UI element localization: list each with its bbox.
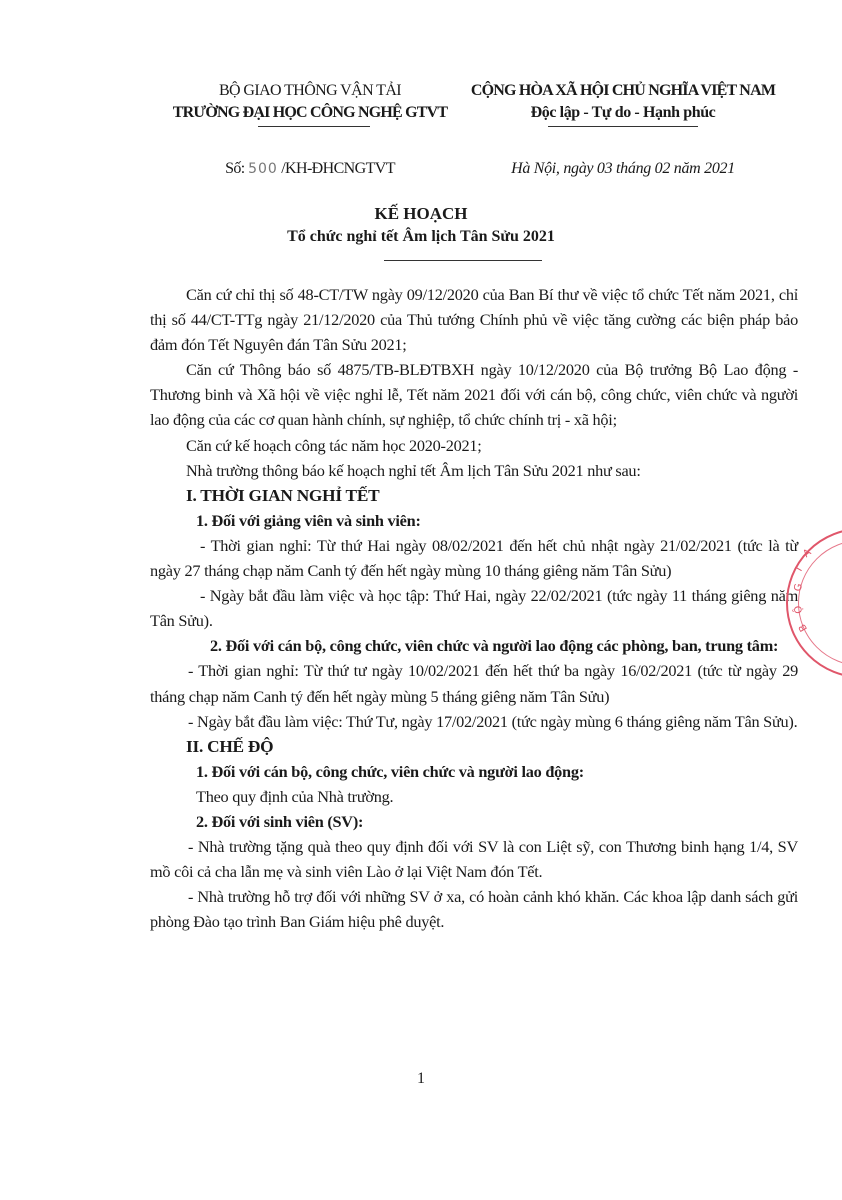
motto-underline — [548, 126, 698, 127]
basis-paragraph-1: Căn cứ chỉ thị số 48-CT/TW ngày 09/12/20… — [150, 282, 798, 357]
document-number-suffix: /KH-ĐHCNGTVT — [278, 160, 395, 177]
issuer-header: BỘ GIAO THÔNG VẬN TẢI TRƯỜNG ĐẠI HỌC CÔN… — [165, 80, 455, 127]
document-number-value: 500 — [248, 161, 278, 177]
document-subtitle: Tổ chức nghỉ tết Âm lịch Tân Sửu 2021 — [0, 228, 842, 246]
section-1-sub-1-item: - Ngày bắt đầu làm việc và học tập: Thứ … — [150, 583, 798, 633]
document-number-prefix: Số: — [225, 160, 248, 177]
stamp-letter: A — [801, 547, 813, 560]
document-title: KẾ HOẠCH — [0, 204, 842, 224]
country-name: CỘNG HÒA XÃ HỘI CHỦ NGHĨA VIỆT NAM — [462, 80, 784, 102]
section-1-sub-2-heading: 2. Đối với cán bộ, công chức, viên chức … — [150, 633, 798, 658]
place-date: Hà Nội, ngày 03 tháng 02 năm 2021 — [462, 160, 784, 178]
section-2-sub-2-heading: 2. Đối với sinh viên (SV): — [150, 809, 798, 834]
stamp-letter: G — [793, 583, 805, 593]
section-2-sub-2-item: - Nhà trường hỗ trợ đối với những SV ở x… — [150, 884, 798, 934]
ministry-name: BỘ GIAO THÔNG VẬN TẢI — [165, 80, 455, 102]
section-2-sub-1-text: Theo quy định của Nhà trường. — [150, 784, 798, 809]
section-1-sub-2-item: - Thời gian nghỉ: Từ thứ tư ngày 10/02/2… — [150, 658, 798, 708]
section-2-heading: II. CHẾ ĐỘ — [150, 734, 798, 759]
document-number: Số: 500 /KH-ĐHCNGTVT — [165, 160, 455, 178]
title-underline — [384, 260, 542, 261]
basis-paragraph-2: Căn cứ Thông báo số 4875/TB-BLĐTBXH ngày… — [150, 357, 798, 432]
page-number: 1 — [0, 1070, 842, 1088]
document-body: Căn cứ chỉ thị số 48-CT/TW ngày 09/12/20… — [150, 282, 798, 934]
basis-paragraph-3: Căn cứ kế hoạch công tác năm học 2020-20… — [150, 433, 798, 458]
school-name: TRƯỜNG ĐẠI HỌC CÔNG NGHỆ GTVT — [165, 102, 455, 124]
national-motto: Độc lập - Tự do - Hạnh phúc — [462, 102, 784, 124]
document-page: BỘ GIAO THÔNG VẬN TẢI TRƯỜNG ĐẠI HỌC CÔN… — [0, 0, 842, 1200]
stamp-letter: I — [794, 565, 805, 573]
section-1-heading: I. THỜI GIAN NGHỈ TẾT — [150, 483, 798, 508]
section-1-sub-1-item: - Thời gian nghỉ: Từ thứ Hai ngày 08/02/… — [150, 533, 798, 583]
section-2-sub-2-item: - Nhà trường tặng quà theo quy định đối … — [150, 834, 798, 884]
section-1-sub-2-item: - Ngày bắt đầu làm việc: Thứ Tư, ngày 17… — [150, 709, 798, 734]
national-header: CỘNG HÒA XÃ HỘI CHỦ NGHĨA VIỆT NAM Độc l… — [462, 80, 784, 127]
section-1-sub-1-heading: 1. Đối với giảng viên và sinh viên: — [150, 508, 798, 533]
stamp-inner-ring — [798, 540, 842, 666]
intro-paragraph: Nhà trường thông báo kế hoạch nghỉ tết Â… — [150, 458, 798, 483]
issuer-underline — [258, 126, 370, 127]
section-2-sub-1-heading: 1. Đối với cán bộ, công chức, viên chức … — [150, 759, 798, 784]
